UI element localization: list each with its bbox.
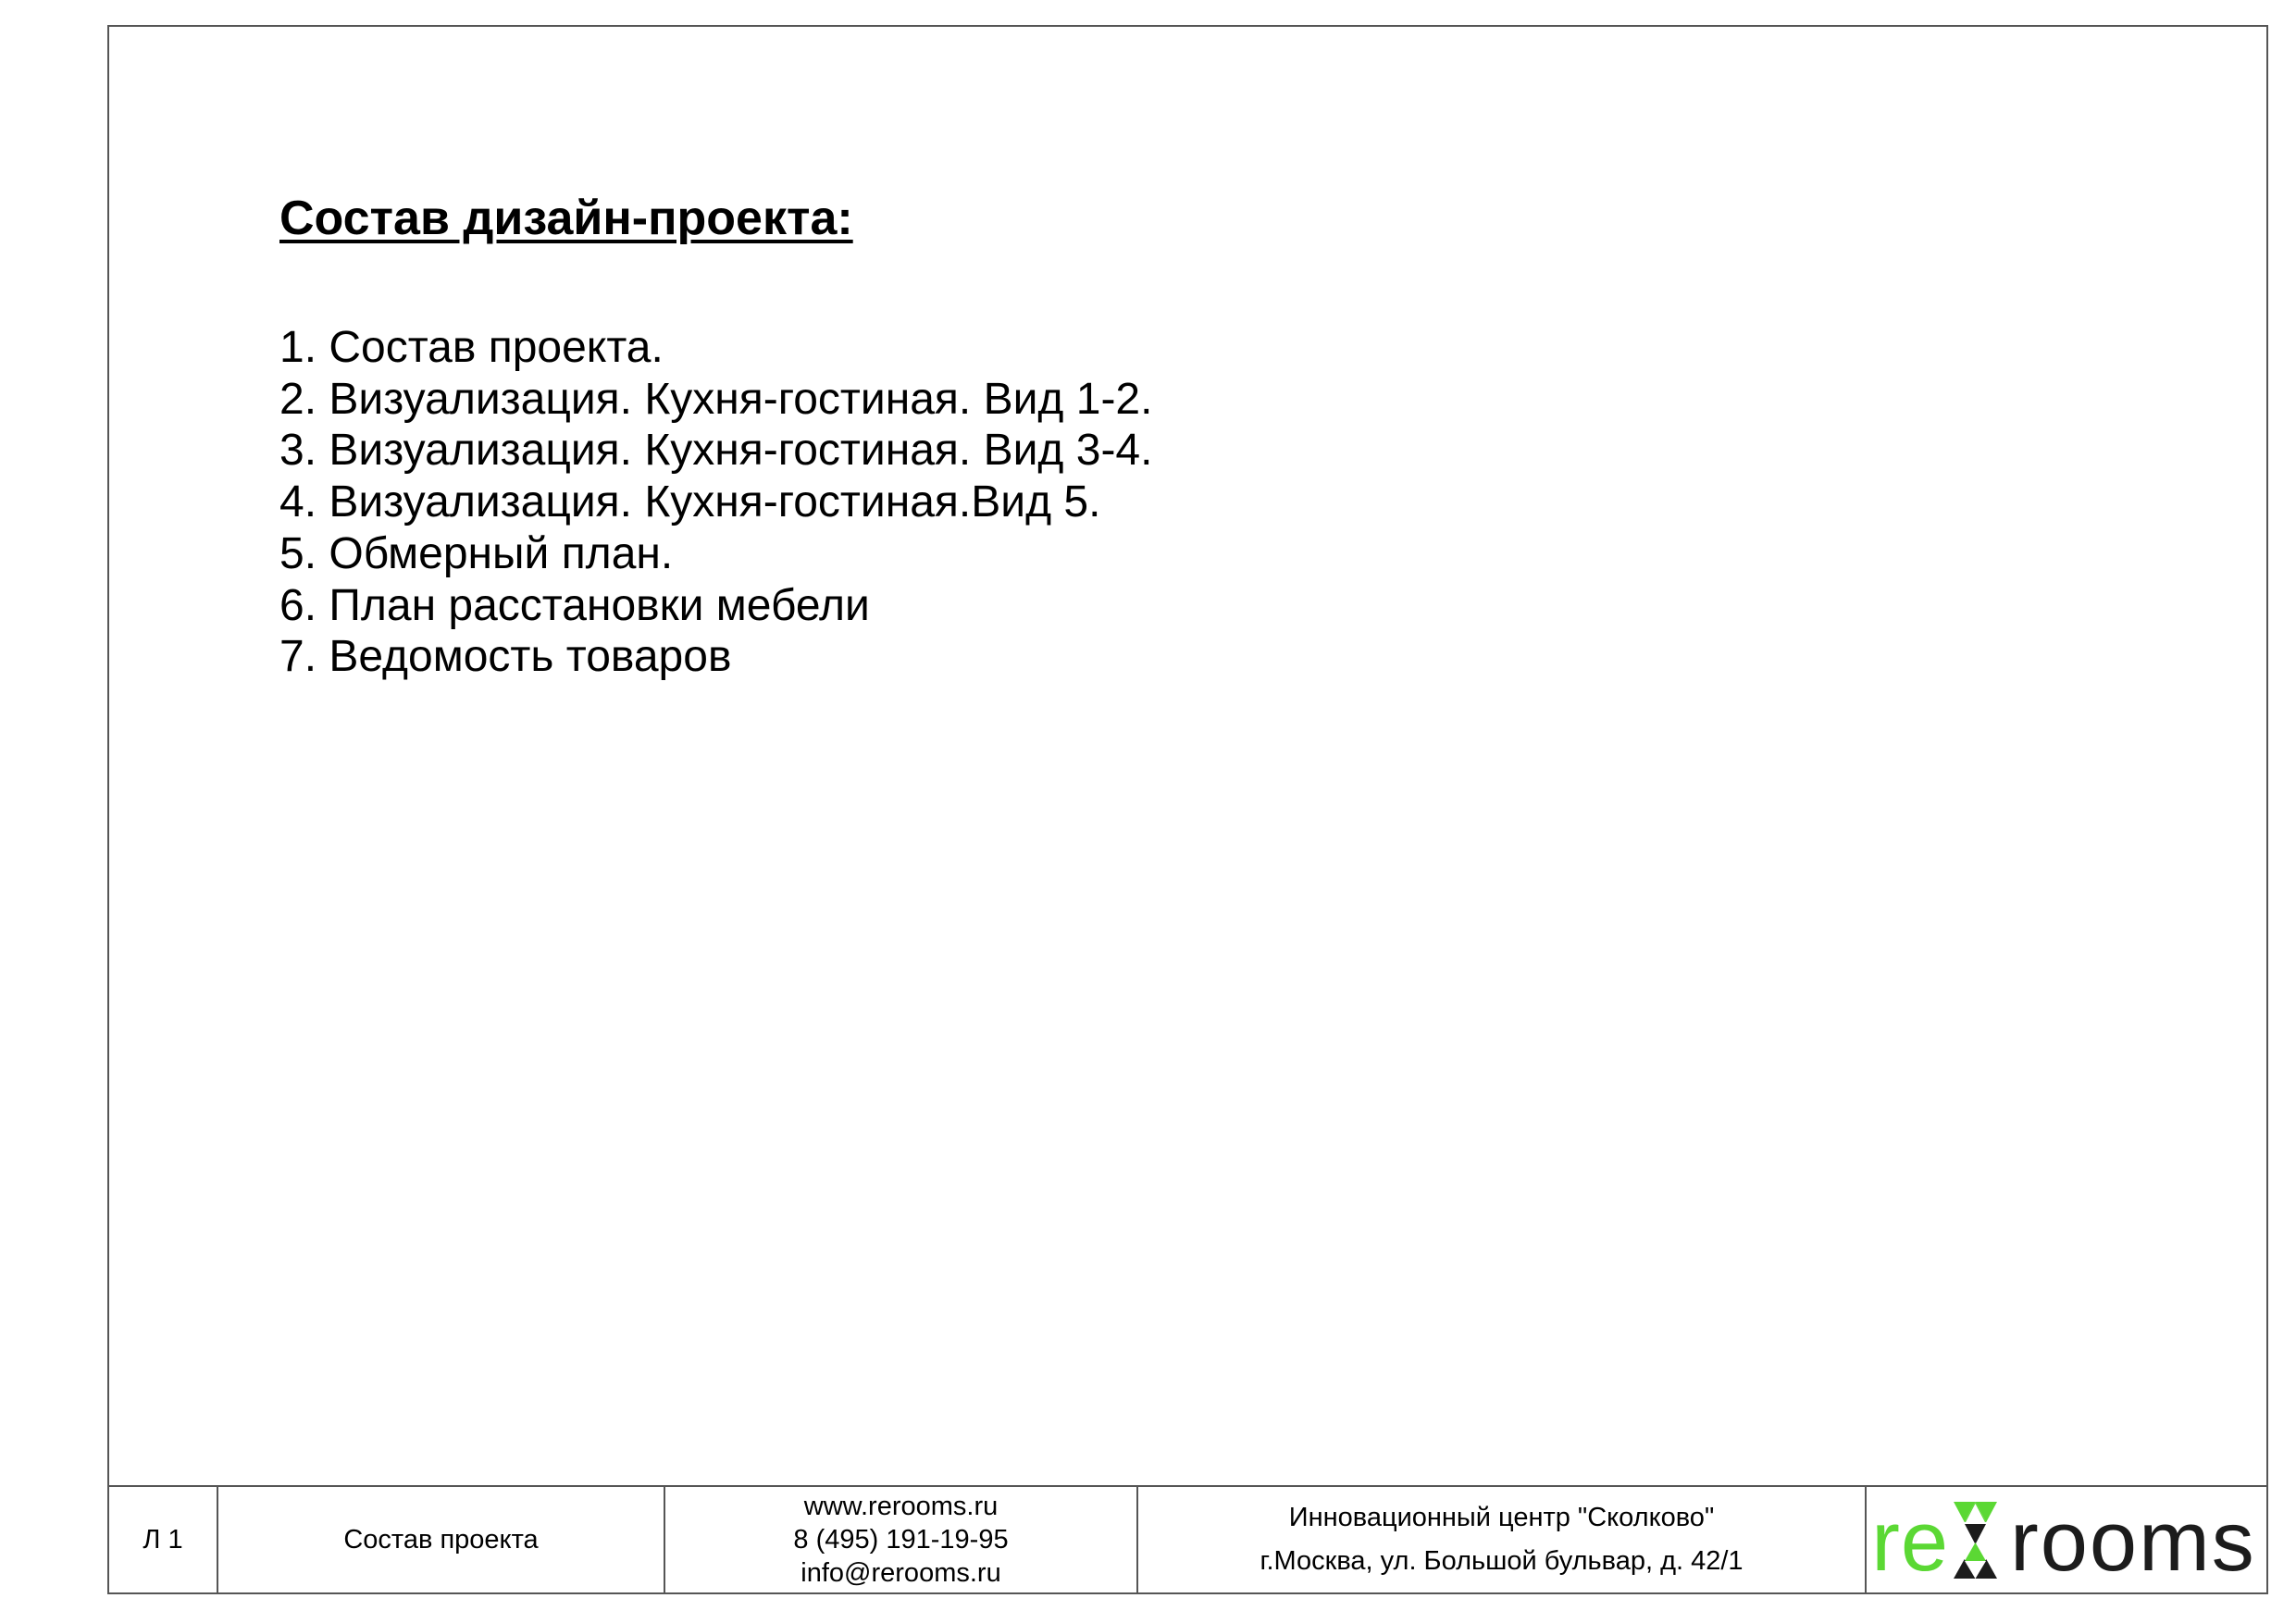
- hourglass-triangles-icon: [1954, 1502, 1997, 1579]
- title-block: Л 1 Состав проекта www.rerooms.ru 8 (495…: [107, 1485, 2268, 1594]
- logo-prefix: re: [1871, 1499, 1949, 1584]
- logo-suffix: rooms: [2010, 1499, 2256, 1584]
- contents-item: 7. Ведомость товаров: [279, 631, 1152, 683]
- address-line-1: Инновационный центр "Сколково": [1289, 1496, 1714, 1540]
- phone-number: 8 (495) 191-19-95: [793, 1523, 1008, 1556]
- website-link[interactable]: www.rerooms.ru: [804, 1490, 999, 1523]
- contents-list: 1. Состав проекта. 2. Визуализация. Кухн…: [279, 322, 1152, 683]
- email-link[interactable]: info@rerooms.ru: [800, 1556, 1000, 1590]
- address-cell: Инновационный центр "Сколково" г.Москва,…: [1138, 1487, 1867, 1592]
- document-title: Состав дизайн-проекта:: [279, 191, 853, 246]
- contacts-cell: www.rerooms.ru 8 (495) 191-19-95 info@re…: [665, 1487, 1138, 1592]
- contents-item: 1. Состав проекта.: [279, 322, 1152, 374]
- contents-item: 4. Визуализация. Кухня-гостиная.Вид 5.: [279, 477, 1152, 528]
- sheet-number-cell: Л 1: [109, 1487, 218, 1592]
- logo-cell: re rooms: [1867, 1487, 2266, 1592]
- address-line-2: г.Москва, ул. Большой бульвар, д. 42/1: [1260, 1540, 1743, 1583]
- rerooms-logo: re rooms: [1871, 1502, 2255, 1579]
- contents-item: 6. План расстановки мебели: [279, 580, 1152, 632]
- sheet-name-cell: Состав проекта: [218, 1487, 665, 1592]
- sheet-frame: [107, 25, 2268, 1594]
- contents-item: 3. Визуализация. Кухня-гостиная. Вид 3-4…: [279, 425, 1152, 477]
- contents-item: 5. Обмерный план.: [279, 528, 1152, 580]
- sheet-number: Л 1: [143, 1525, 182, 1555]
- contents-item: 2. Визуализация. Кухня-гостиная. Вид 1-2…: [279, 374, 1152, 426]
- sheet-name: Состав проекта: [343, 1525, 538, 1555]
